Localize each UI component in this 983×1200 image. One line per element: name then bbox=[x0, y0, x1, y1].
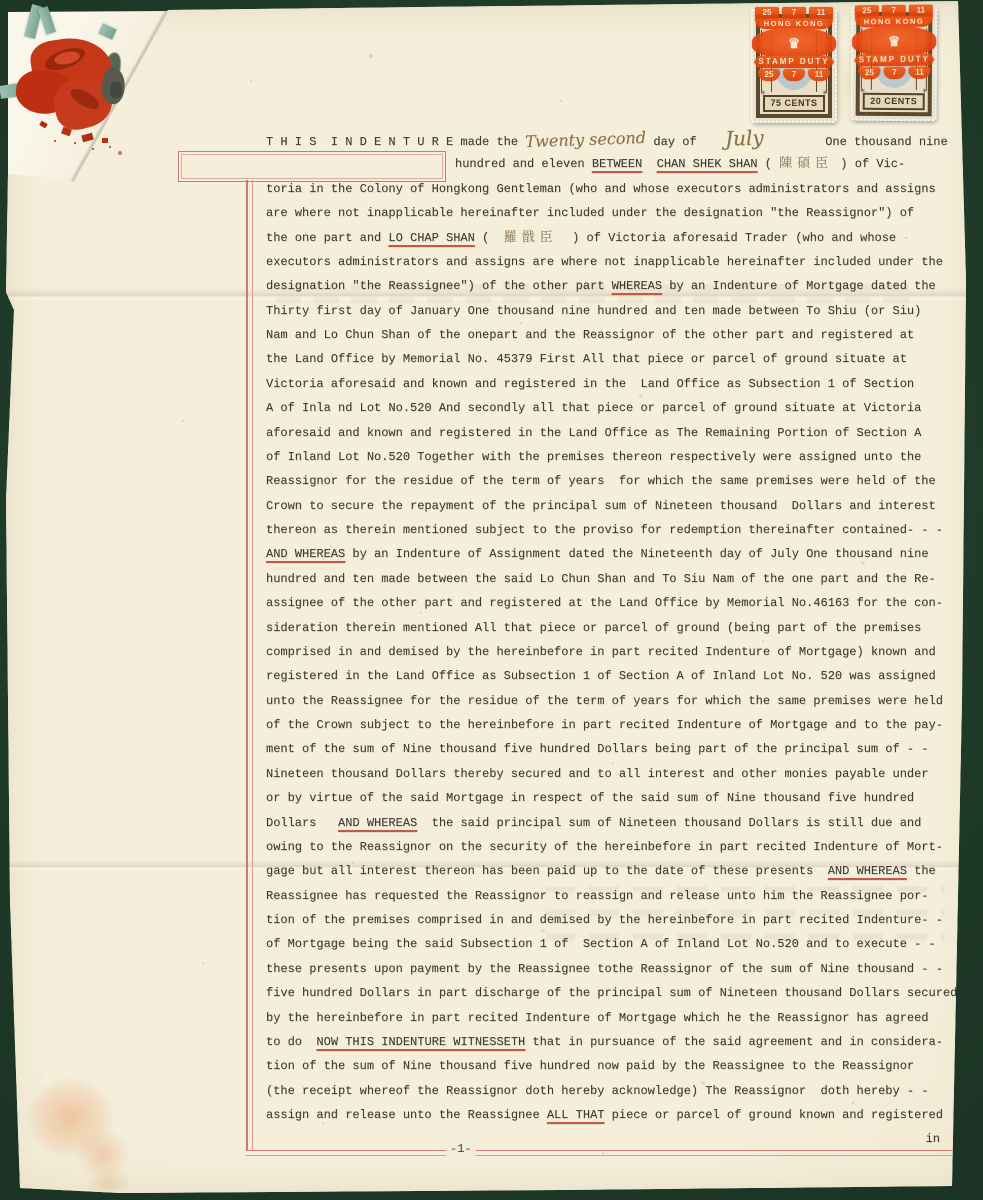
page-number: -1- bbox=[446, 1142, 476, 1156]
text-line: sideration therein mentioned All that pi… bbox=[266, 616, 956, 640]
text-line: aforesaid and known and registered in th… bbox=[266, 421, 956, 445]
text-line: Reassignee has requested the Reassignor … bbox=[266, 884, 956, 908]
text-line: Thirty first day of January One thousand… bbox=[266, 299, 956, 323]
margin-rule bbox=[252, 180, 253, 1151]
text-line: by the hereinbefore in part recited Inde… bbox=[266, 1006, 956, 1030]
text-line: or by virtue of the said Mortgage in res… bbox=[266, 786, 956, 810]
text-line: unto the Reassignee for the residue of t… bbox=[266, 689, 956, 713]
text-line: registered in the Land Office as Subsect… bbox=[266, 664, 956, 688]
cancel-colony: HONG KONG bbox=[855, 16, 933, 28]
document-page: T H I S I N D E N T U R E made the Twent… bbox=[0, 0, 983, 1200]
text-line: T H I S I N D E N T U R E made the Twent… bbox=[266, 128, 956, 152]
cancel-date-year: 11 bbox=[908, 67, 930, 79]
text-line: assignee of the other part and registere… bbox=[266, 591, 956, 615]
text-line: ment of the sum of Nine thousand five hu… bbox=[266, 737, 956, 761]
text-line: designation "the Reassignee") of the oth… bbox=[266, 274, 956, 298]
text-line: tion of the premises comprised in and de… bbox=[266, 908, 956, 932]
revenue-stamp-75c: ✳ ✳ ✳ ✳ 香 港 ♔ 75 CENTS 25 7 11 HONG KONG… bbox=[752, 10, 836, 122]
text-line: Crown to secure the repayment of the pri… bbox=[266, 494, 956, 518]
cancel-date-month: 7 bbox=[783, 69, 805, 81]
text-line: hundred and eleven BETWEEN CHAN SHEK SHA… bbox=[266, 152, 956, 176]
duty-cancel-overprint: 25 7 11 HONG KONG ♛ STAMP DUTY 25 7 11 bbox=[847, 5, 942, 80]
cancel-crest: ♛ bbox=[752, 28, 836, 58]
text-line: of the Crown subject to the hereinbefore… bbox=[266, 713, 956, 737]
cancel-duty: STAMP DUTY bbox=[754, 56, 834, 68]
cancel-crest: ♛ bbox=[852, 26, 936, 57]
text-line: these presents upon payment by the Reass… bbox=[266, 957, 956, 981]
cancel-date-month: 7 bbox=[883, 67, 905, 79]
text-line: Victoria aforesaid and known and registe… bbox=[266, 372, 956, 396]
text-line: are where not inapplicable hereinafter i… bbox=[266, 201, 956, 225]
text-line: comprised in and demised by the hereinbe… bbox=[266, 640, 956, 664]
text-line: gage but all interest thereon has been p… bbox=[266, 859, 956, 883]
photo-background: T H I S I N D E N T U R E made the Twent… bbox=[0, 0, 983, 1200]
cancel-date-day: 25 bbox=[858, 67, 880, 79]
text-line: executors administrators and assigns are… bbox=[266, 250, 956, 274]
text-line: the Land Office by Memorial No. 45379 Fi… bbox=[266, 347, 956, 371]
stamp-value: 75 CENTS bbox=[763, 95, 825, 112]
stamp-value: 20 CENTS bbox=[863, 93, 925, 110]
crown-icon: ♛ bbox=[788, 36, 801, 50]
text-line: AND WHEREAS by an Indenture of Assignmen… bbox=[266, 542, 956, 566]
text-line: Nam and Lo Chun Shan of the onepart and … bbox=[266, 323, 956, 347]
text-line: Nineteen thousand Dollars thereby secure… bbox=[266, 762, 956, 786]
text-line: thereon as therein mentioned subject to … bbox=[266, 518, 956, 542]
document-body: T H I S I N D E N T U R E made the Twent… bbox=[266, 128, 956, 1152]
text-line: Dollars AND WHEREAS the said principal s… bbox=[266, 811, 956, 835]
revenue-stamp-20c: ✳ ✳ ✳ ✳ 香 港 ♔ 20 CENTS 25 7 11 HONG KONG… bbox=[852, 8, 937, 121]
wax-seal bbox=[14, 22, 144, 147]
text-line: toria in the Colony of Hongkong Gentlema… bbox=[266, 177, 956, 201]
text-line: owing to the Reassignor on the security … bbox=[266, 835, 956, 859]
footer-rule bbox=[246, 1155, 962, 1156]
margin-rule bbox=[246, 180, 248, 1151]
text-line: (the receipt whereof the Reassignor doth… bbox=[266, 1079, 956, 1103]
cancel-date-day: 25 bbox=[758, 69, 780, 81]
cancel-duty: STAMP DUTY bbox=[854, 54, 934, 67]
text-line: five hundred Dollars in part discharge o… bbox=[266, 981, 956, 1005]
text-line: to do NOW THIS INDENTURE WITNESSETH that… bbox=[266, 1030, 956, 1054]
text-line: hundred and ten made between the said Lo… bbox=[266, 567, 956, 591]
text-line: assign and release unto the Reassignee A… bbox=[266, 1103, 956, 1127]
text-line: A of Inla nd Lot No.520 And secondly all… bbox=[266, 396, 956, 420]
crown-icon: ♛ bbox=[888, 34, 901, 48]
foxing-spots bbox=[0, 0, 2, 2]
cancel-colony: HONG KONG bbox=[755, 18, 833, 29]
text-line: in bbox=[266, 1127, 956, 1151]
text-line: of Mortgage being the said Subsection 1 … bbox=[266, 932, 956, 956]
text-line: the one part and LO CHAP SHAN ( 羅戩臣 ) of… bbox=[266, 226, 956, 250]
cancel-date-year: 11 bbox=[808, 69, 830, 81]
text-line: tion of the sum of Nine thousand five hu… bbox=[266, 1054, 956, 1078]
duty-cancel-overprint: 25 7 11 HONG KONG ♛ STAMP DUTY 25 7 11 bbox=[747, 7, 841, 81]
text-line: Reassignor for the residue of the term o… bbox=[266, 469, 956, 493]
stain bbox=[18, 1070, 148, 1190]
text-line: of Inland Lot No.520 Together with the p… bbox=[266, 445, 956, 469]
